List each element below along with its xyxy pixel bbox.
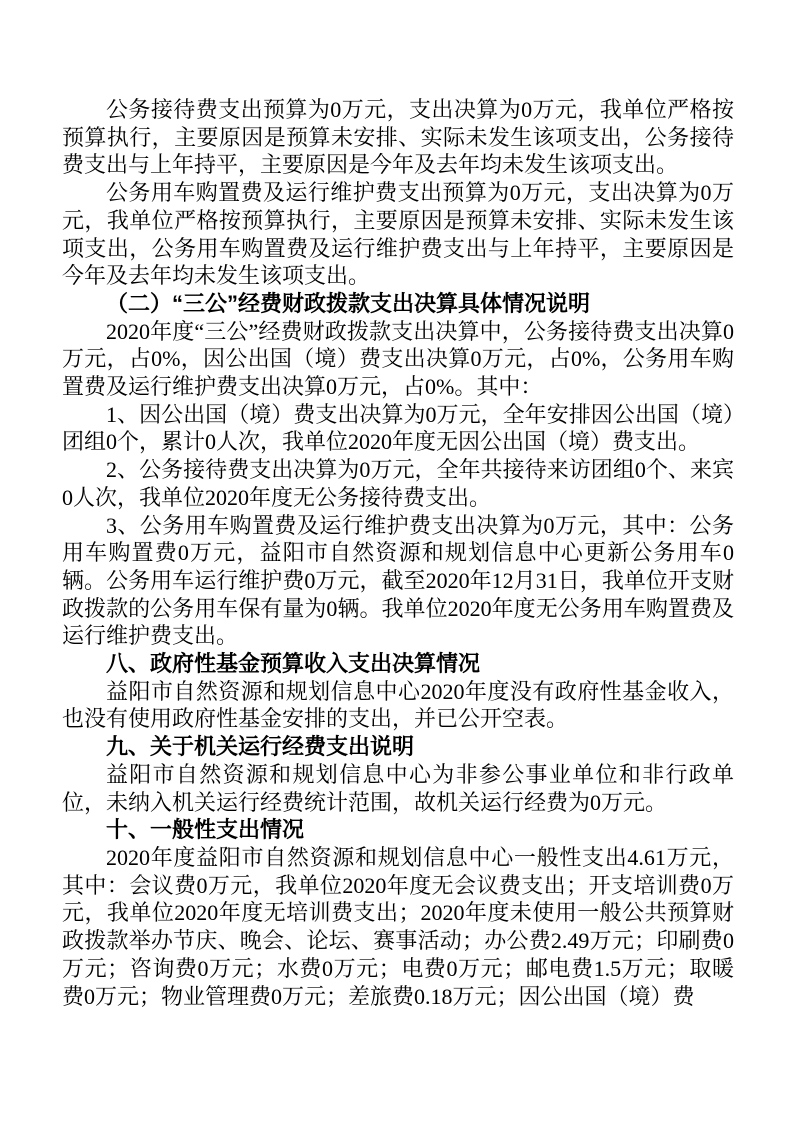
paragraph: 益阳市自然资源和规划信息中心2020年度没有政府性基金收入，也没有使用政府性基金… xyxy=(62,678,734,733)
paragraph: 1、因公出国（境）费支出决算为0万元，全年安排因公出国（境）团组0个，累计0人次… xyxy=(62,401,734,456)
paragraph: 公务接待费支出预算为0万元，支出决算为0万元，我单位严格按预算执行，主要原因是预… xyxy=(62,96,734,179)
paragraph: 2020年度益阳市自然资源和规划信息中心一般性支出4.61万元，其中：会议费0万… xyxy=(62,844,734,1010)
paragraph: 2、公务接待费支出决算为0万元，全年共接待来访团组0个、来宾0人次，我单位202… xyxy=(62,456,734,511)
paragraph: 3、公务用车购置费及运行维护费支出决算为0万元，其中：公务用车购置费0万元，益阳… xyxy=(62,512,734,651)
section-heading: （二）“三公”经费财政拨款支出决算具体情况说明 xyxy=(62,290,734,318)
document-body: 公务接待费支出预算为0万元，支出决算为0万元，我单位严格按预算执行，主要原因是预… xyxy=(62,96,734,1010)
document-page: 公务接待费支出预算为0万元，支出决算为0万元，我单位严格按预算执行，主要原因是预… xyxy=(0,0,793,1122)
section-heading: 九、关于机关运行经费支出说明 xyxy=(62,733,734,761)
section-heading: 八、政府性基金预算收入支出决算情况 xyxy=(62,650,734,678)
paragraph: 益阳市自然资源和规划信息中心为非参公事业单位和非行政单位，未纳入机关运行经费统计… xyxy=(62,761,734,816)
paragraph: 公务用车购置费及运行维护费支出预算为0万元，支出决算为0万元，我单位严格按预算执… xyxy=(62,179,734,290)
paragraph: 2020年度“三公”经费财政拨款支出决算中，公务接待费支出决算0万元，占0%，因… xyxy=(62,318,734,401)
section-heading: 十、一般性支出情况 xyxy=(62,816,734,844)
